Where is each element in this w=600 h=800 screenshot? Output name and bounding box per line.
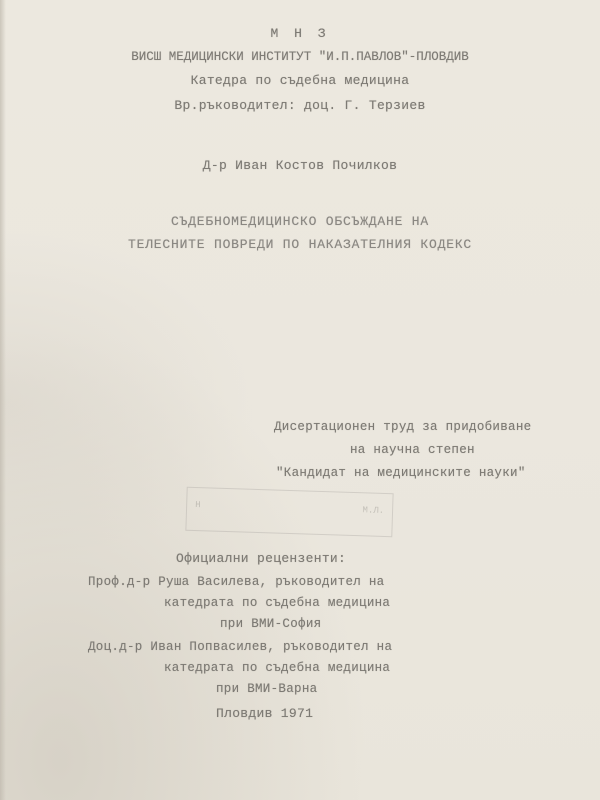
document-page: М Н З ВИСШ МЕДИЦИНСКИ ИНСТИТУТ "И.П.ПАВЛ… [0,0,600,800]
dissertation-line-1: Дисертационен труд за придобиване [274,420,531,434]
place-and-year: Пловдив 1971 [216,706,313,721]
thesis-title-line-1: СЪДЕБНОМЕДИЦИНСКО ОБСЪЖДАНЕ НА [0,214,600,229]
reviewer-1-line-1: Проф.д-р Руша Василева, ръководител на [88,575,384,589]
page-edge-shadow [0,0,6,800]
institute-name: ВИСШ МЕДИЦИНСКИ ИНСТИТУТ "И.П.ПАВЛОВ"-ПЛ… [0,50,600,64]
reviewer-1-line-3: при ВМИ-София [220,617,321,631]
library-stamp: Н М.Л. [185,487,393,537]
supervisor-line: Вр.ръководител: доц. Г. Терзиев [0,98,600,113]
author-name: Д-р Иван Костов Почилков [0,158,600,173]
reviewer-1-line-2: катедрата по съдебна медицина [164,596,390,610]
reviewer-2-line-2: катедрата по съдебна медицина [164,661,390,675]
ministry-abbrev: М Н З [0,26,600,41]
reviewer-2-line-3: при ВМИ-Варна [216,682,317,696]
dissertation-line-2: на научна степен [350,443,475,457]
reviewer-2-line-1: Доц.д-р Иван Попвасилев, ръководител на [88,640,392,654]
department-name: Катедра по съдебна медицина [0,73,600,88]
dissertation-line-3: "Кандидат на медицинските науки" [276,466,526,480]
stamp-left-text: Н [195,500,201,510]
thesis-title-line-2: ТЕЛЕСНИТЕ ПОВРЕДИ ПО НАКАЗАТЕЛНИЯ КОДЕКС [0,237,600,252]
stamp-right-text: М.Л. [362,505,384,516]
reviewers-heading: Официални рецензенти: [176,551,346,566]
